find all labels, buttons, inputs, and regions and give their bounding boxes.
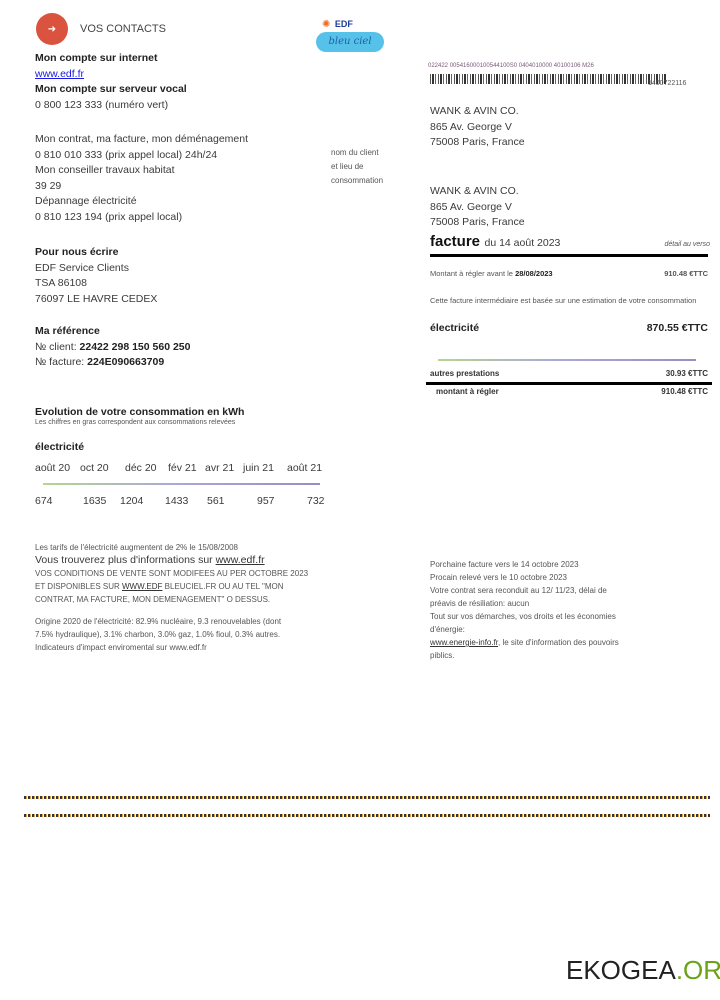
watermark-main: EKOGEA [566, 955, 676, 985]
brand-name: EDF [335, 19, 353, 29]
consumption-value: 1204 [120, 494, 143, 510]
brand-cloud: bleu ciel [316, 32, 384, 52]
write-line: EDF Service Clients [35, 261, 157, 277]
conditions-line: VOS CONDITIONS DE VENTE SONT MODIFEES AU… [35, 567, 308, 580]
internet-label: Mon compte sur internet [35, 51, 187, 67]
electricity-label: électricité [430, 321, 479, 337]
other-label: autres prestations [430, 369, 499, 379]
notes-left: Les tarifs de l'électricité augmentent d… [35, 541, 308, 654]
contacts-block: Mon compte sur internet www.edf.fr Mon c… [35, 51, 187, 113]
consumption-value: 561 [207, 494, 225, 510]
more-info-text: Vous trouverez plus d'informations sur [35, 554, 216, 566]
conditions-line: CONTRAT, MA FACTURE, MON DEMENAGEMENT" O… [35, 593, 308, 606]
consumption-periods: août 20oct 20déc 20fév 21avr 21juin 21ao… [35, 461, 335, 477]
invoice-header: facture du 14 août 2023 détail au verso [430, 233, 710, 252]
conditions-text: BLEUCIEL.FR OU AU TEL "MON [162, 582, 283, 591]
address-line: 865 Av. George V [430, 120, 525, 136]
write-title: Pour nous écrire [35, 245, 157, 261]
due-date: 28/08/2023 [515, 269, 553, 278]
address-line: WANK & AVIN CO. [430, 184, 525, 200]
consumption-value: 1635 [83, 494, 106, 510]
watermark-suffix: .ORG [676, 955, 720, 985]
period-label: oct 20 [80, 461, 109, 477]
address-line: 75008 Paris, France [430, 135, 525, 151]
origin-line: 7.5% hydraulique), 3.1% charbon, 3.0% ga… [35, 628, 308, 641]
watermark: EKOGEA.ORG [566, 955, 720, 986]
tariff-note: Les tarifs de l'électricité augmentent d… [35, 541, 308, 554]
site-suffix: , le site d'information des pouvoirs [498, 638, 619, 647]
consumption-value: 674 [35, 494, 53, 510]
address-block-1: WANK & AVIN CO. 865 Av. George V 75008 P… [430, 104, 525, 151]
reference-block: Ma référence № client: 22422 298 150 560… [35, 324, 190, 371]
invoice-title: facture [430, 233, 480, 250]
due-label: Montant à régler avant le [430, 269, 515, 278]
divider [430, 254, 708, 257]
other-amount: 30.93 €TTC [666, 369, 708, 379]
notes-right: Porchaine facture vers le 14 octobre 202… [430, 558, 619, 662]
reference-title: Ma référence [35, 324, 190, 340]
conditions-text: ET DISPONIBLES SUR [35, 582, 122, 591]
energie-info-link[interactable]: www.energie-info.fr [430, 638, 498, 647]
dotted-separator [24, 796, 710, 799]
other-row: autres prestations 30.93 €TTC [430, 369, 708, 379]
write-line: TSA 86108 [35, 276, 157, 292]
period-label: août 21 [287, 461, 322, 477]
invoice-date: du 14 août 2023 [484, 237, 560, 249]
consumption-value: 732 [307, 494, 325, 510]
write-line: 76097 LE HAVRE CEDEX [35, 292, 157, 308]
dotted-separator [24, 814, 710, 817]
client-number: 22422 298 150 560 250 [80, 341, 191, 353]
more-info-link[interactable]: www.edf.fr [216, 554, 265, 566]
client-note-line: consommation [331, 174, 383, 188]
contacts-logo-icon: ➜ [36, 13, 68, 45]
next-reading: Procain relevé vers le 10 octobre 2023 [430, 571, 619, 584]
vocal-number: 0 800 123 333 (numéro vert) [35, 98, 187, 114]
repair-number: 0 810 123 194 (prix appel local) [35, 210, 248, 226]
divider [426, 382, 712, 385]
barcode-side-number: 1400722116 [648, 79, 686, 89]
energy-label: électricité [35, 440, 244, 456]
barcode-digits: 022422 005416000100544100S0 0404010000 4… [428, 61, 594, 71]
rights-line: Tout sur vos démarches, vos droits et le… [430, 610, 619, 623]
contract-number: 0 810 010 333 (prix appel local) 24h/24 [35, 148, 248, 164]
consumption-block: Evolution de votre consommation en kWh L… [35, 405, 244, 455]
period-label: août 20 [35, 461, 70, 477]
conditions-link[interactable]: WWW.EDF [122, 582, 162, 591]
vocal-label: Mon compte sur serveur vocal [35, 82, 187, 98]
electricity-row: électricité 870.55 €TTC [430, 321, 708, 337]
renewal-line: préavis de résiliation: aucun [430, 597, 619, 610]
period-label: avr 21 [205, 461, 234, 477]
client-note: nom du client et lieu de consommation [331, 146, 383, 188]
origin-line: Origine 2020 de l'électricité: 82.9% nuc… [35, 615, 308, 628]
consumption-value: 1433 [165, 494, 188, 510]
consumption-gradient [43, 483, 320, 485]
estimate-note: Cette facture intermédiaire est basée su… [430, 296, 708, 306]
total-amount: 910.48 €TTC [661, 387, 708, 397]
rights-line: d'énergie: [430, 623, 619, 636]
gradient-divider [438, 359, 696, 361]
electricity-amount: 870.55 €TTC [647, 321, 708, 337]
advisor-label: Mon conseiller travaux habitat [35, 163, 248, 179]
write-block: Pour nous écrire EDF Service Clients TSA… [35, 245, 157, 307]
next-invoice: Porchaine facture vers le 14 octobre 202… [430, 558, 619, 571]
site-suffix-line: piblics. [430, 649, 619, 662]
invoice-number-label: № facture: [35, 356, 87, 368]
due-amount: 910.48 €TTC [664, 269, 708, 279]
address-line: WANK & AVIN CO. [430, 104, 525, 120]
consumption-value: 957 [257, 494, 275, 510]
advisor-number: 39 29 [35, 179, 248, 195]
address-line: 75008 Paris, France [430, 215, 525, 231]
barcode [430, 74, 666, 84]
contacts-title: VOS CONTACTS [80, 22, 166, 38]
consumption-subtitle: Les chiffres en gras correspondent aux c… [35, 418, 244, 428]
total-label: montant à régler [436, 387, 499, 397]
period-label: fév 21 [168, 461, 197, 477]
client-note-line: et lieu de [331, 160, 383, 174]
edf-star-icon: ✺ [322, 19, 330, 30]
due-row: Montant à régler avant le 28/08/2023 910… [430, 269, 708, 279]
client-note-line: nom du client [331, 146, 383, 160]
edf-website-link[interactable]: www.edf.fr [35, 68, 84, 80]
contract-label: Mon contrat, ma facture, mon déménagemen… [35, 132, 248, 148]
phone-contacts: Mon contrat, ma facture, mon déménagemen… [35, 132, 248, 225]
invoice-number: 224E090663709 [87, 356, 164, 368]
period-label: juin 21 [243, 461, 274, 477]
period-label: déc 20 [125, 461, 157, 477]
renewal-line: Votre contrat sera reconduit au 12/ 11/2… [430, 584, 619, 597]
client-number-label: № client: [35, 341, 80, 353]
edf-bleu-ciel-logo: ✺ EDF bleu ciel [316, 14, 390, 54]
repair-label: Dépannage électricité [35, 194, 248, 210]
total-row: montant à régler 910.48 €TTC [436, 387, 708, 397]
origin-line: Indicateurs d'impact enviromental sur ww… [35, 641, 308, 654]
consumption-values: 674163512041433561957732 [35, 494, 335, 510]
address-block-2: WANK & AVIN CO. 865 Av. George V 75008 P… [430, 184, 525, 231]
address-line: 865 Av. George V [430, 200, 525, 216]
detail-note: détail au verso [664, 240, 710, 250]
